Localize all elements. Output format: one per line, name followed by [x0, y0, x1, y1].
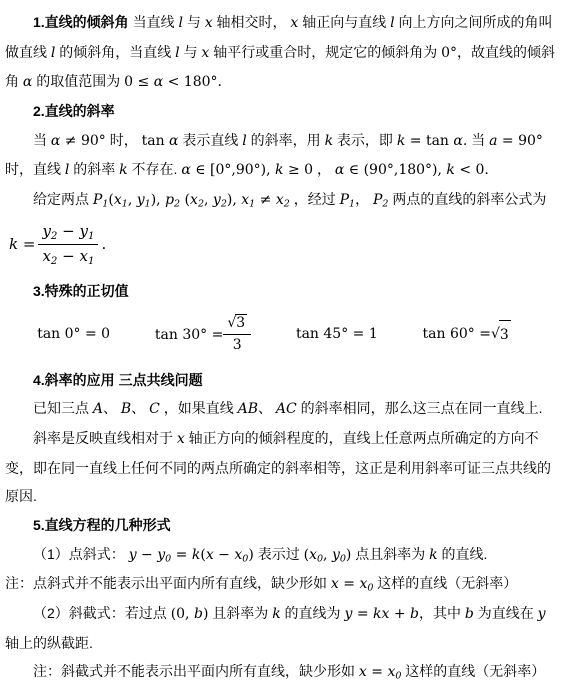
- tan-30-value: tan 30° = √3 3: [155, 314, 251, 355]
- text-run: P: [373, 192, 382, 208]
- section5-slope-intercept-form-paragraph: （2）斜截式：若过点 (0, b) 且斜率为 k 的直线为 y = kx + b…: [5, 599, 563, 657]
- text-run: x: [190, 192, 198, 208]
- text-run: AC: [276, 401, 297, 417]
- text-run: y: [80, 222, 88, 240]
- text-run: −: [214, 547, 235, 563]
- text-run: 点且斜率为: [351, 546, 429, 562]
- slope-formula-fraction: y2 − y1 x2 − x1: [38, 221, 98, 269]
- text-run: 注：斜截式并不能表示出平面内所有直线，缺少形如: [33, 663, 359, 679]
- text-run: 的直线为: [281, 605, 345, 621]
- text-run: k: [272, 606, 280, 622]
- text-run: α: [154, 74, 163, 90]
- text-run: 当: [467, 132, 489, 148]
- text-run: 当直线: [129, 14, 179, 30]
- text-run: x: [359, 664, 367, 680]
- text-run: 的直线.: [438, 546, 488, 562]
- text-run: 3: [499, 320, 511, 350]
- text-run: tan 0° = 0: [37, 320, 110, 349]
- text-run: 、: [131, 400, 149, 416]
- text-run: 且斜率为: [208, 605, 272, 621]
- text-run: α: [181, 162, 190, 178]
- text-run: 表示，即: [333, 132, 397, 148]
- section4-three-points-paragraph: 已知三点 A、 B、 C ，如果直线 AB、 AC 的斜率相同，那么这三点在同一…: [5, 394, 563, 424]
- text-run: 与: [183, 14, 205, 30]
- section2-slope-definition-paragraph: 当 α ≠ 90° 时， tan α 表示直线 l 的斜率，用 k 表示，即 k…: [5, 126, 563, 185]
- text-run: x: [177, 431, 185, 447]
- text-run: < 0.: [455, 162, 489, 178]
- text-run: 1: [88, 231, 94, 242]
- text-run: 注：点斜式并不能表示出平面内所有直线，缺少形如: [5, 575, 331, 591]
- text-run: x: [331, 576, 339, 592]
- text-run: 轴正向与直线: [298, 14, 390, 30]
- text-run: (: [180, 192, 190, 208]
- text-run: = tan: [405, 133, 453, 149]
- text-run: 两点的直线的斜率公式为: [388, 191, 546, 207]
- document: 1.直线的倾斜角 当直线 l 与 x 轴相交时， x 轴正向与直线 l 向上方向…: [5, 8, 563, 687]
- text-run: ∈ [0°,90°),: [191, 162, 275, 178]
- text-run: p: [165, 192, 174, 208]
- text-run: ,: [204, 192, 213, 208]
- section5-point-slope-note: 注：点斜式并不能表示出平面内所有直线，缺少形如 x = x0 这样的直线（无斜率…: [5, 569, 563, 599]
- text-run: α: [169, 133, 178, 149]
- text-run: α: [453, 133, 462, 149]
- text-run: kx: [373, 606, 389, 622]
- text-run: 的斜率，用: [247, 132, 325, 148]
- text-run: ≥ 0: [284, 162, 314, 178]
- text-run: −: [57, 222, 79, 240]
- text-run: 为直线在: [474, 605, 538, 621]
- text-run: 的倾斜角，当直线: [55, 44, 175, 60]
- text-run: y: [137, 192, 145, 208]
- text-run: 2.直线的斜率: [33, 103, 115, 119]
- text-run: 这样的直线（无斜率）: [373, 575, 517, 591]
- text-run: P: [340, 192, 349, 208]
- text-run: 的斜率相同，那么这三点在同一直线上.: [297, 400, 543, 416]
- text-run: ，经过: [290, 191, 340, 207]
- section2-slope-heading: 2.直线的斜率: [5, 97, 563, 126]
- text-run: α: [335, 162, 344, 178]
- section5-point-slope-form-paragraph: （1）点斜式： y − y0 = k(x − x0) 表示过 (x0, y0) …: [5, 540, 563, 570]
- text-run: 、: [258, 400, 276, 416]
- text-run: k: [275, 162, 283, 178]
- text-run: α: [51, 133, 60, 149]
- slope-formula-period: .: [101, 229, 106, 261]
- text-run: ∈ (90°,180°),: [344, 162, 446, 178]
- text-run: tan 45° = 1: [296, 320, 378, 349]
- text-run: 3.特殊的正切值: [33, 283, 129, 299]
- text-run: =: [352, 606, 373, 622]
- text-run: 0°: [441, 45, 457, 61]
- text-run: x: [80, 247, 88, 265]
- text-run: k: [325, 133, 333, 149]
- text-run: ，其中: [419, 605, 465, 621]
- text-run: b: [410, 606, 419, 622]
- fraction-numerator: y2 − y1: [38, 221, 98, 245]
- text-run: x: [114, 192, 122, 208]
- text-run: < 180°.: [163, 74, 222, 90]
- text-run: ),: [227, 192, 241, 208]
- text-run: 不存在.: [128, 161, 182, 177]
- text-run: =: [171, 547, 192, 563]
- tan-60-value: tan 60° = √3: [423, 320, 511, 350]
- section5-slope-intercept-note: 注：斜截式并不能表示出平面内所有直线，缺少形如 x = x0 这样的直线（无斜率…: [5, 657, 563, 687]
- text-run: 时，直线: [5, 161, 65, 177]
- text-run: b: [465, 606, 474, 622]
- text-run: 3: [235, 314, 247, 331]
- text-run: B: [121, 401, 131, 417]
- text-run: =: [339, 576, 360, 592]
- text-run: α: [23, 74, 32, 90]
- text-run: （1）点斜式：: [33, 546, 129, 562]
- text-run: b: [194, 606, 203, 622]
- slope-formula: k = y2 − y1 x2 − x1 .: [5, 219, 563, 271]
- section1-inclination-angle-paragraph: 1.直线的倾斜角 当直线 l 与 x 轴相交时， x 轴正向与直线 l 向上方向…: [5, 8, 563, 97]
- text-run: ≠ 90°: [60, 133, 105, 149]
- tan-30-label: tan 30° =: [155, 320, 223, 350]
- section4-collinear-heading: 4.斜率的应用 三点共线问题: [5, 366, 563, 395]
- text-run: tan 30° =: [155, 327, 223, 343]
- text-run: 的斜率: [69, 161, 119, 177]
- tan-30-fraction: √3 3: [223, 314, 251, 355]
- special-tangent-values: tan 0° = 0 tan 30° = √3 3 tan 45° = 1 ta…: [5, 312, 563, 358]
- text-run: 3: [233, 337, 242, 353]
- text-run: A: [93, 401, 103, 417]
- text-run: y: [129, 547, 137, 563]
- text-run: ，如果直线: [160, 400, 238, 416]
- text-run: y: [157, 547, 165, 563]
- text-run: AB: [238, 401, 258, 417]
- text-run: 4.斜率的应用 三点共线问题: [33, 372, 203, 388]
- text-run: −: [57, 247, 79, 265]
- text-run: （2）斜截式：若过点: [33, 605, 171, 621]
- tan-30-denominator: 3: [223, 334, 251, 355]
- text-run: 与: [180, 44, 202, 60]
- text-run: 已知三点: [33, 400, 93, 416]
- text-run: 表示过: [254, 546, 304, 562]
- text-run: .: [101, 235, 106, 253]
- text-run: k: [446, 162, 454, 178]
- text-run: −: [137, 547, 158, 563]
- section4-slope-direction-paragraph: 斜率是反映直线相对于 x 轴正方向的倾斜程度的，直线上任意两点所确定的方向不变，…: [5, 424, 563, 511]
- text-run: ),: [151, 192, 165, 208]
- text-run: k: [9, 235, 18, 253]
- text-run: 轴相交时，: [213, 14, 291, 30]
- text-run: (0,: [171, 606, 194, 622]
- text-run: = 90°: [497, 133, 542, 149]
- text-run: +: [389, 606, 410, 622]
- text-run: x: [309, 547, 317, 563]
- text-run: ,: [323, 547, 332, 563]
- text-run: 1.直线的倾斜角: [33, 14, 129, 30]
- text-run: 当: [33, 132, 51, 148]
- text-run: x: [42, 247, 50, 265]
- text-run: 轴上的纵截距.: [5, 635, 93, 651]
- text-run: 这样的直线（无斜率）: [401, 663, 545, 679]
- fraction-denominator: x2 − x1: [38, 244, 98, 269]
- text-run: 5.直线方程的几种形式: [33, 517, 171, 533]
- text-run: =: [18, 235, 35, 253]
- slope-formula-lhs: k =: [9, 229, 35, 261]
- text-run: y: [213, 192, 221, 208]
- section5-line-equation-heading: 5.直线方程的几种形式: [5, 511, 563, 540]
- text-run: k: [429, 547, 437, 563]
- text-run: 的取值范围为: [32, 73, 124, 89]
- text-run: ，: [313, 161, 335, 177]
- text-run: x: [276, 192, 284, 208]
- text-run: ,: [128, 192, 137, 208]
- text-run: y: [42, 222, 50, 240]
- text-run: tan: [142, 133, 169, 149]
- text-run: C: [149, 401, 160, 417]
- text-run: ，: [355, 191, 373, 207]
- text-run: 时，: [106, 132, 142, 148]
- text-run: tan 60° =: [423, 320, 491, 349]
- tan-0-value: tan 0° = 0: [37, 320, 110, 349]
- text-run: ≠: [255, 192, 276, 208]
- tan-30-numerator: √3: [223, 314, 251, 334]
- text-run: 轴平行或重合时，规定它的倾斜角为: [209, 44, 441, 60]
- text-run: P: [93, 192, 102, 208]
- text-run: x: [206, 547, 214, 563]
- section3-tangent-heading: 3.特殊的正切值: [5, 277, 563, 306]
- text-run: 表示直线: [179, 132, 243, 148]
- text-run: 给定两点: [33, 191, 93, 207]
- text-run: 斜率是反映直线相对于: [33, 430, 177, 446]
- text-run: 0 ≤: [124, 74, 154, 90]
- section2-two-points-paragraph: 给定两点 P1(x1, y1), p2 (x2, y2), x1 ≠ x2 ，经…: [5, 185, 563, 215]
- text-run: k: [119, 162, 127, 178]
- text-run: y: [538, 606, 546, 622]
- text-run: =: [367, 664, 388, 680]
- tan-45-value: tan 45° = 1: [296, 320, 378, 349]
- text-run: 、: [103, 400, 121, 416]
- text-run: x: [241, 192, 249, 208]
- text-run: 1: [88, 256, 94, 267]
- text-run: y: [332, 547, 340, 563]
- text-run: x: [205, 15, 213, 31]
